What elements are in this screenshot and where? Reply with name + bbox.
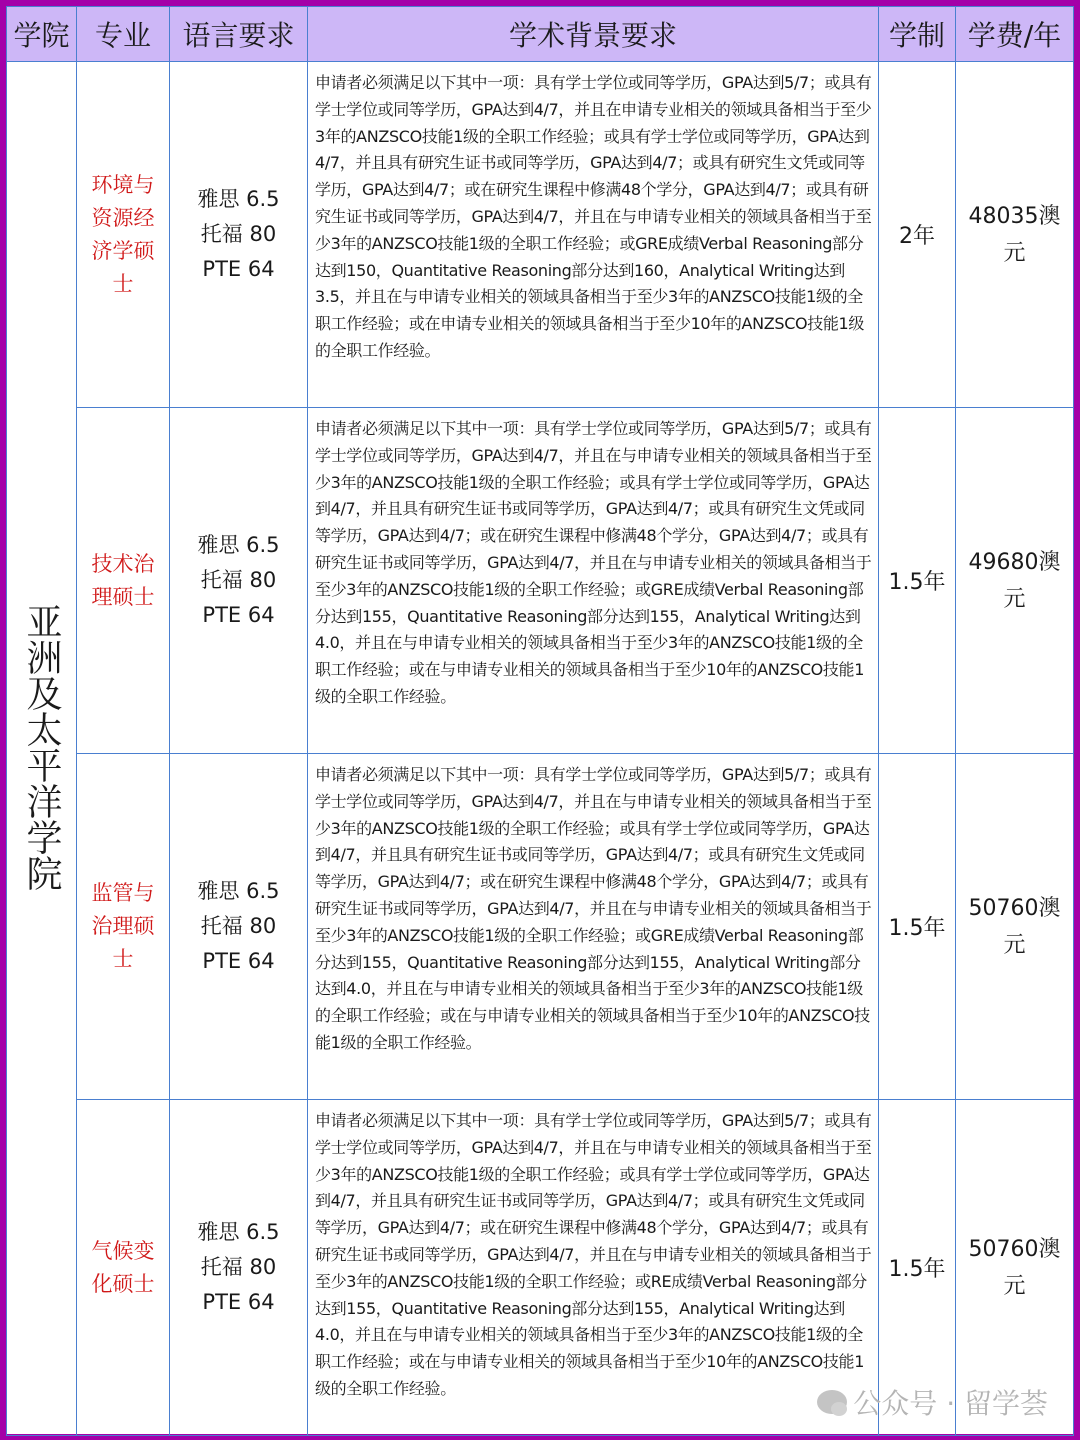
toefl-score: 托福 80 (170, 909, 307, 944)
fee-cell: 48035澳 元 (956, 62, 1074, 408)
header-college: 学院 (7, 7, 77, 62)
fee-unit: 元 (962, 581, 1067, 618)
header-language: 语言要求 (170, 7, 308, 62)
requirement-cell: 申请者必须满足以下其中一项：具有学士学位或同等学历，GPA达到5/7；或具有学士… (308, 1100, 879, 1436)
header-duration: 学制 (879, 7, 956, 62)
language-cell: 雅思 6.5 托福 80 PTE 64 (170, 754, 308, 1100)
ielts-score: 雅思 6.5 (170, 1215, 307, 1250)
fee-amount: 49680澳 (962, 544, 1067, 581)
fee-unit: 元 (962, 927, 1067, 964)
major-cell: 技术治理硕士 (77, 408, 170, 754)
fee-unit: 元 (962, 235, 1067, 272)
ielts-score: 雅思 6.5 (170, 874, 307, 909)
fee-cell: 50760澳 元 (956, 754, 1074, 1100)
table-row: 监管与治理硕士 雅思 6.5 托福 80 PTE 64 申请者必须满足以下其中一… (7, 754, 1074, 1100)
fee-unit: 元 (962, 1268, 1067, 1305)
table-frame: 学院 专业 语言要求 学术背景要求 学制 学费/年 亚洲及太平洋学院 环境与资源… (6, 6, 1073, 1434)
pte-score: PTE 64 (170, 252, 307, 287)
requirement-cell: 申请者必须满足以下其中一项：具有学士学位或同等学历，GPA达到5/7；或具有学士… (308, 408, 879, 754)
requirement-cell: 申请者必须满足以下其中一项：具有学士学位或同等学历，GPA达到5/7；或具有学士… (308, 62, 879, 408)
language-cell: 雅思 6.5 托福 80 PTE 64 (170, 62, 308, 408)
major-cell: 监管与治理硕士 (77, 754, 170, 1100)
toefl-score: 托福 80 (170, 1250, 307, 1285)
language-cell: 雅思 6.5 托福 80 PTE 64 (170, 1100, 308, 1436)
duration-cell: 1.5年 (879, 754, 956, 1100)
header-fee: 学费/年 (956, 7, 1074, 62)
wechat-icon (817, 1390, 847, 1414)
language-cell: 雅思 6.5 托福 80 PTE 64 (170, 408, 308, 754)
college-cell: 亚洲及太平洋学院 (7, 62, 77, 1436)
duration-cell: 1.5年 (879, 408, 956, 754)
ielts-score: 雅思 6.5 (170, 182, 307, 217)
fee-amount: 48035澳 (962, 198, 1067, 235)
header-academic: 学术背景要求 (308, 7, 879, 62)
toefl-score: 托福 80 (170, 217, 307, 252)
major-cell: 环境与资源经济学硕士 (77, 62, 170, 408)
header-major: 专业 (77, 7, 170, 62)
watermark: 公众号 · 留学荟 (817, 1382, 1048, 1422)
header-row: 学院 专业 语言要求 学术背景要求 学制 学费/年 (7, 7, 1074, 62)
ielts-score: 雅思 6.5 (170, 528, 307, 563)
toefl-score: 托福 80 (170, 563, 307, 598)
fee-amount: 50760澳 (962, 1231, 1067, 1268)
program-table: 学院 专业 语言要求 学术背景要求 学制 学费/年 亚洲及太平洋学院 环境与资源… (6, 6, 1074, 1436)
table-row: 技术治理硕士 雅思 6.5 托福 80 PTE 64 申请者必须满足以下其中一项… (7, 408, 1074, 754)
watermark-text: 公众号 · 留学荟 (853, 1382, 1048, 1422)
pte-score: PTE 64 (170, 598, 307, 633)
table-row: 亚洲及太平洋学院 环境与资源经济学硕士 雅思 6.5 托福 80 PTE 64 … (7, 62, 1074, 408)
major-cell: 气候变化硕士 (77, 1100, 170, 1436)
pte-score: PTE 64 (170, 1285, 307, 1320)
requirement-cell: 申请者必须满足以下其中一项：具有学士学位或同等学历，GPA达到5/7；或具有学士… (308, 754, 879, 1100)
fee-cell: 49680澳 元 (956, 408, 1074, 754)
fee-amount: 50760澳 (962, 890, 1067, 927)
duration-cell: 2年 (879, 62, 956, 408)
pte-score: PTE 64 (170, 944, 307, 979)
college-name: 亚洲及太平洋学院 (13, 603, 70, 891)
